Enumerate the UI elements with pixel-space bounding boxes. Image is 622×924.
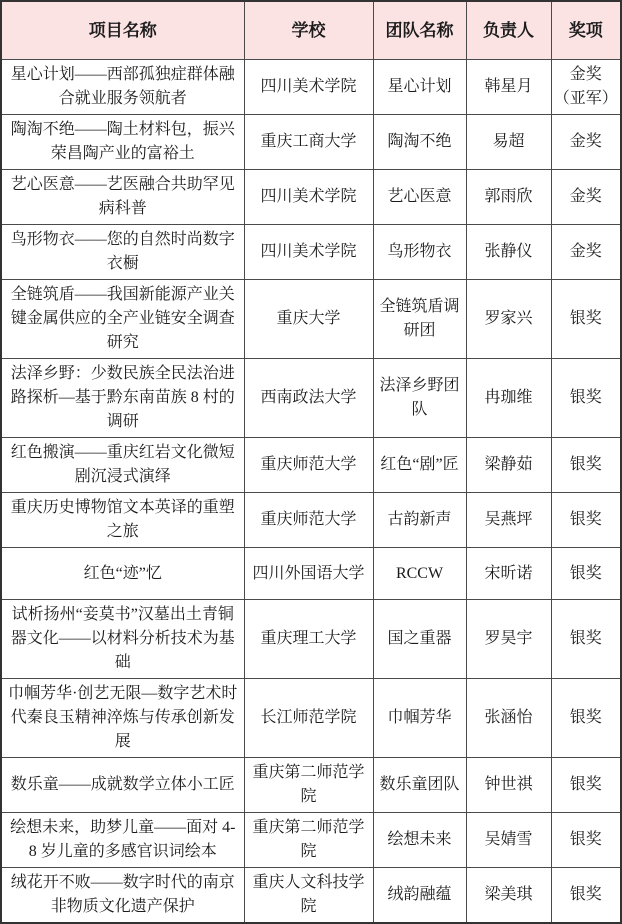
team-name-cell: 艺心医意 <box>373 170 466 225</box>
project-name-cell: 巾帼芳华·创艺无限—数字艺术时代秦良玉精神淬炼与传承创新发展 <box>1 679 244 758</box>
project-name-cell: 法泽乡野：少数民族全民法治进路探析—基于黔东南苗族 8 村的调研 <box>1 359 244 438</box>
school-cell: 西南政法大学 <box>244 359 373 438</box>
team-name-cell: 星心计划 <box>373 60 466 115</box>
leader-cell: 韩星月 <box>466 60 551 115</box>
award-cell: 银奖 <box>551 868 621 924</box>
col-header-project-name: 项目名称 <box>1 1 244 60</box>
team-name-cell: 国之重器 <box>373 600 466 679</box>
header-row: 项目名称 学校 团队名称 负责人 奖项 <box>1 1 621 60</box>
school-cell: 重庆人文科技学院 <box>244 868 373 924</box>
school-cell: 重庆工商大学 <box>244 115 373 170</box>
project-name-cell: 星心计划——西部孤独症群体融合就业服务领航者 <box>1 60 244 115</box>
project-name-cell: 红色搬演——重庆红岩文化微短剧沉浸式演绎 <box>1 438 244 493</box>
award-cell: 金奖 <box>551 225 621 280</box>
award-cell: 银奖 <box>551 438 621 493</box>
table-row: 绘想未来，助梦儿童——面对 4-8 岁儿童的多感官识词绘本 重庆第二师范学院 绘… <box>1 813 621 868</box>
school-cell: 四川美术学院 <box>244 60 373 115</box>
award-cell: 金奖 （亚军） <box>551 60 621 115</box>
school-cell: 重庆第二师范学院 <box>244 758 373 813</box>
leader-cell: 罗昊宇 <box>466 600 551 679</box>
award-cell: 金奖 <box>551 170 621 225</box>
award-cell: 金奖 <box>551 115 621 170</box>
team-name-cell: 陶淘不绝 <box>373 115 466 170</box>
project-name-cell: 重庆历史博物馆文本英译的重塑之旅 <box>1 493 244 548</box>
leader-cell: 梁静茹 <box>466 438 551 493</box>
leader-cell: 郭雨欣 <box>466 170 551 225</box>
school-cell: 重庆第二师范学院 <box>244 813 373 868</box>
award-cell: 银奖 <box>551 280 621 359</box>
school-cell: 四川美术学院 <box>244 225 373 280</box>
leader-cell: 罗家兴 <box>466 280 551 359</box>
award-cell: 银奖 <box>551 758 621 813</box>
award-cell: 银奖 <box>551 359 621 438</box>
col-header-leader: 负责人 <box>466 1 551 60</box>
school-cell: 四川外国语大学 <box>244 548 373 600</box>
leader-cell: 吴燕坪 <box>466 493 551 548</box>
award-cell: 银奖 <box>551 679 621 758</box>
table-row: 红色“迹”忆 四川外国语大学 RCCW 宋昕诺 银奖 <box>1 548 621 600</box>
table-header: 项目名称 学校 团队名称 负责人 奖项 <box>1 1 621 60</box>
project-name-cell: 试析扬州“妾莫书”汉墓出土青铜器文化——以材料分析技术为基础 <box>1 600 244 679</box>
team-name-cell: RCCW <box>373 548 466 600</box>
leader-cell: 梁美琪 <box>466 868 551 924</box>
school-cell: 重庆师范大学 <box>244 493 373 548</box>
col-header-team-name: 团队名称 <box>373 1 466 60</box>
team-name-cell: 绘想未来 <box>373 813 466 868</box>
project-name-cell: 陶淘不绝——陶土材料包，振兴荣昌陶产业的富裕土 <box>1 115 244 170</box>
award-cell: 银奖 <box>551 813 621 868</box>
team-name-cell: 鸟形物衣 <box>373 225 466 280</box>
school-cell: 重庆理工大学 <box>244 600 373 679</box>
table-row: 艺心医意——艺医融合共助罕见病科普 四川美术学院 艺心医意 郭雨欣 金奖 <box>1 170 621 225</box>
leader-cell: 易超 <box>466 115 551 170</box>
team-name-cell: 古韵新声 <box>373 493 466 548</box>
table-row: 鸟形物衣——您的自然时尚数字衣橱 四川美术学院 鸟形物衣 张静仪 金奖 <box>1 225 621 280</box>
table-row: 全链筑盾——我国新能源产业关键金属供应的全产业链安全调查研究 重庆大学 全链筑盾… <box>1 280 621 359</box>
team-name-cell: 红色“剧”匠 <box>373 438 466 493</box>
school-cell: 四川美术学院 <box>244 170 373 225</box>
project-name-cell: 数乐童——成就数学立体小工匠 <box>1 758 244 813</box>
school-cell: 重庆师范大学 <box>244 438 373 493</box>
table-row: 重庆历史博物馆文本英译的重塑之旅 重庆师范大学 古韵新声 吴燕坪 银奖 <box>1 493 621 548</box>
table-row: 数乐童——成就数学立体小工匠 重庆第二师范学院 数乐童团队 钟世祺 银奖 <box>1 758 621 813</box>
school-cell: 长江师范学院 <box>244 679 373 758</box>
awards-table: 项目名称 学校 团队名称 负责人 奖项 星心计划——西部孤独症群体融合就业服务领… <box>0 0 622 924</box>
team-name-cell: 数乐童团队 <box>373 758 466 813</box>
school-cell: 重庆大学 <box>244 280 373 359</box>
project-name-cell: 绒花开不败——数字时代的南京非物质文化遗产保护 <box>1 868 244 924</box>
table-body: 星心计划——西部孤独症群体融合就业服务领航者 四川美术学院 星心计划 韩星月 金… <box>1 60 621 924</box>
award-cell: 银奖 <box>551 600 621 679</box>
project-name-cell: 全链筑盾——我国新能源产业关键金属供应的全产业链安全调查研究 <box>1 280 244 359</box>
leader-cell: 宋昕诺 <box>466 548 551 600</box>
table-row: 陶淘不绝——陶土材料包，振兴荣昌陶产业的富裕土 重庆工商大学 陶淘不绝 易超 金… <box>1 115 621 170</box>
project-name-cell: 绘想未来，助梦儿童——面对 4-8 岁儿童的多感官识词绘本 <box>1 813 244 868</box>
table-row: 星心计划——西部孤独症群体融合就业服务领航者 四川美术学院 星心计划 韩星月 金… <box>1 60 621 115</box>
table-row: 红色搬演——重庆红岩文化微短剧沉浸式演绎 重庆师范大学 红色“剧”匠 梁静茹 银… <box>1 438 621 493</box>
table-row: 试析扬州“妾莫书”汉墓出土青铜器文化——以材料分析技术为基础 重庆理工大学 国之… <box>1 600 621 679</box>
team-name-cell: 绒韵融蕴 <box>373 868 466 924</box>
leader-cell: 张静仪 <box>466 225 551 280</box>
leader-cell: 吴婧雪 <box>466 813 551 868</box>
col-header-school: 学校 <box>244 1 373 60</box>
project-name-cell: 鸟形物衣——您的自然时尚数字衣橱 <box>1 225 244 280</box>
table-row: 巾帼芳华·创艺无限—数字艺术时代秦良玉精神淬炼与传承创新发展 长江师范学院 巾帼… <box>1 679 621 758</box>
leader-cell: 冉珈维 <box>466 359 551 438</box>
award-cell: 银奖 <box>551 548 621 600</box>
team-name-cell: 全链筑盾调研团 <box>373 280 466 359</box>
col-header-award: 奖项 <box>551 1 621 60</box>
table-row: 绒花开不败——数字时代的南京非物质文化遗产保护 重庆人文科技学院 绒韵融蕴 梁美… <box>1 868 621 924</box>
table-row: 法泽乡野：少数民族全民法治进路探析—基于黔东南苗族 8 村的调研 西南政法大学 … <box>1 359 621 438</box>
project-name-cell: 艺心医意——艺医融合共助罕见病科普 <box>1 170 244 225</box>
award-cell: 银奖 <box>551 493 621 548</box>
team-name-cell: 法泽乡野团队 <box>373 359 466 438</box>
team-name-cell: 巾帼芳华 <box>373 679 466 758</box>
leader-cell: 张涵怡 <box>466 679 551 758</box>
leader-cell: 钟世祺 <box>466 758 551 813</box>
project-name-cell: 红色“迹”忆 <box>1 548 244 600</box>
